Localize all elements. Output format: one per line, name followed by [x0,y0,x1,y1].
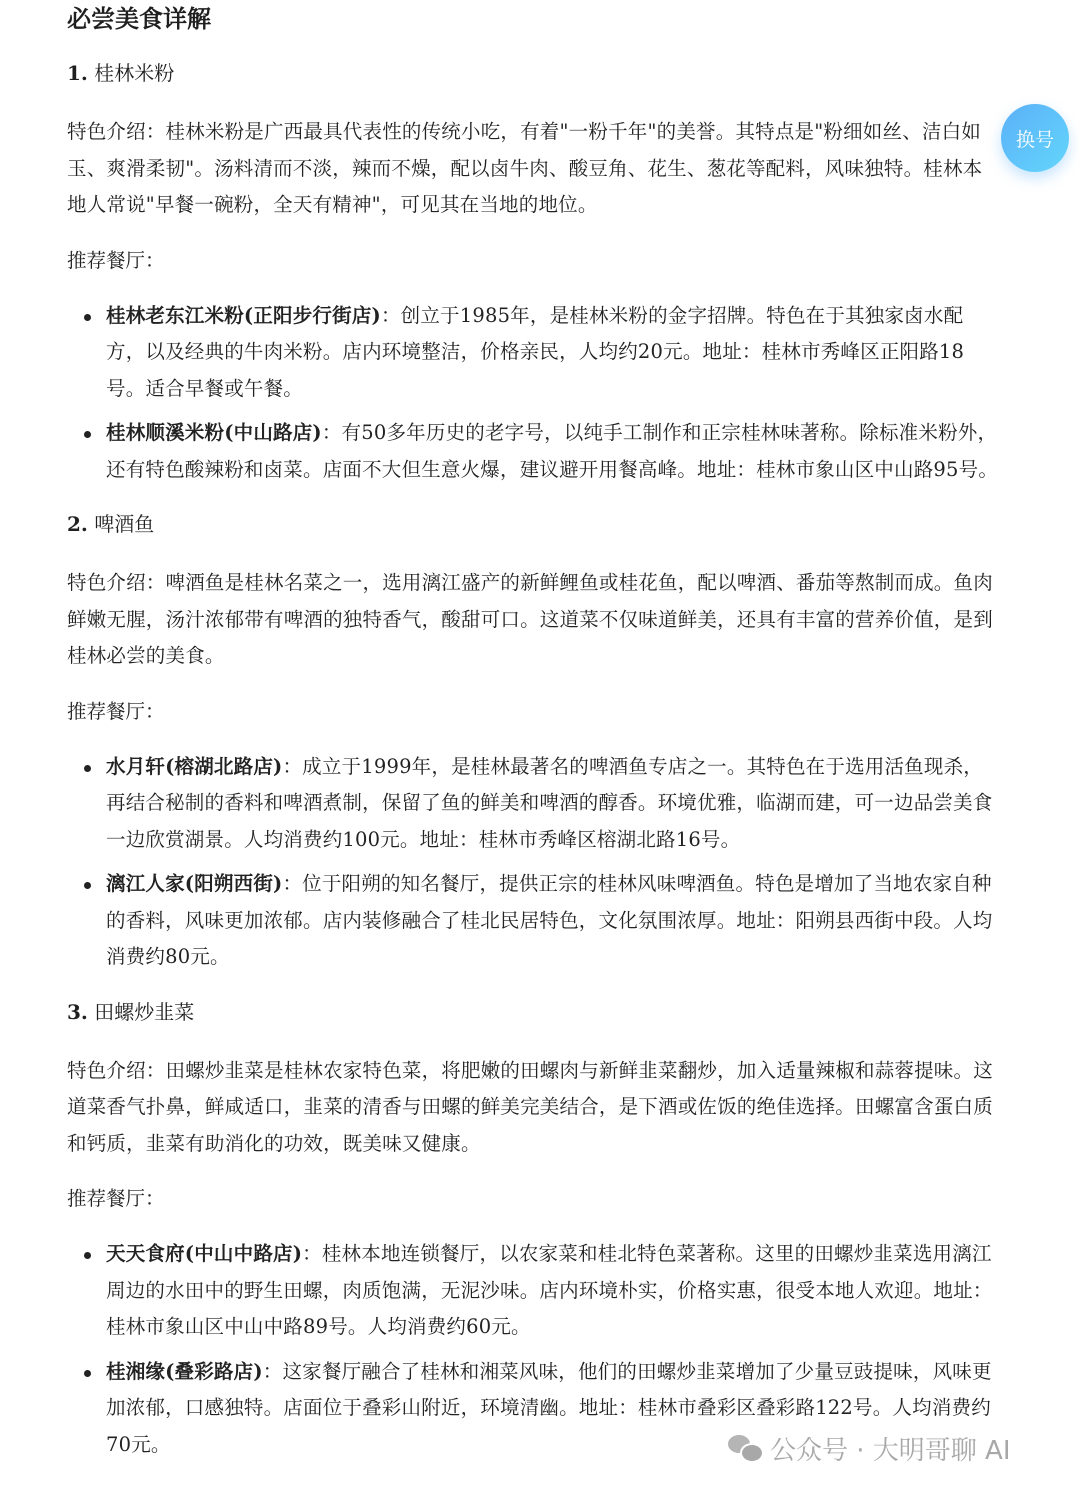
restaurant-name: 天天食府(中山中路店) [106,1242,302,1265]
section-name: 田螺炒韭菜 [94,1000,194,1024]
bullet-icon [84,765,91,772]
bullet-icon [84,314,91,321]
restaurant-list: 桂林老东江米粉(正阳步行街店)：创立于1985年，是桂林米粉的金字招牌。特色在于… [67,298,1002,489]
bullet-icon [84,882,91,889]
list-item: 桂林顺溪米粉(中山路店)：有50多年历史的老字号，以纯手工制作和正宗桂林味著称。… [67,415,1002,488]
section-heading: 1. 桂林米粉 [67,58,1002,88]
section-name: 啤酒鱼 [94,512,154,536]
bullet-icon [84,431,91,438]
section-number: 3. [67,1000,88,1024]
list-item: 水月轩(榕湖北路店)：成立于1999年，是桂林最著名的啤酒鱼专店之一。其特色在于… [67,749,1002,859]
restaurant-name: 桂林老东江米粉(正阳步行街店) [106,304,381,327]
bullet-icon [84,1252,91,1259]
restaurant-list: 水月轩(榕湖北路店)：成立于1999年，是桂林最著名的啤酒鱼专店之一。其特色在于… [67,749,1002,976]
wechat-icon [728,1433,764,1463]
restaurant-name: 水月轩(榕湖北路店) [106,755,282,778]
section-heading: 3. 田螺炒韭菜 [67,997,1002,1027]
section-name: 桂林米粉 [94,61,174,85]
watermark-text: 公众号 · 大明哥聊 AI [770,1430,1011,1467]
restaurant-name: 漓江人家(阳朔西街) [106,872,282,895]
feature-intro: 特色介绍：啤酒鱼是桂林名菜之一，选用漓江盛产的新鲜鲤鱼或桂花鱼，配以啤酒、番茄等… [67,565,1002,675]
section-number: 2. [67,512,88,536]
list-item: 天天食府(中山中路店)：桂林本地连锁餐厅，以农家菜和桂北特色菜著称。这里的田螺炒… [67,1236,1002,1346]
watermark: 公众号 · 大明哥聊 AI [728,1430,1011,1466]
recommended-label: 推荐餐厅： [67,1184,1002,1214]
section-snail-leek: 3. 田螺炒韭菜 特色介绍：田螺炒韭菜是桂林农家特色菜，将肥嫩的田螺肉与新鲜韭菜… [67,997,1002,1464]
feature-intro: 特色介绍：田螺炒韭菜是桂林农家特色菜，将肥嫩的田螺肉与新鲜韭菜翻炒，加入适量辣椒… [67,1053,1002,1163]
list-item: 漓江人家(阳朔西街)：位于阳朔的知名餐厅，提供正宗的桂林风味啤酒鱼。特色是增加了… [67,866,1002,976]
feature-intro: 特色介绍：桂林米粉是广西最具代表性的传统小吃，有着"一粉千年"的美誉。其特点是"… [67,114,1002,224]
article: 必尝美食详解 1. 桂林米粉 特色介绍：桂林米粉是广西最具代表性的传统小吃，有着… [67,0,1002,1471]
switch-account-button[interactable]: 换号 [1001,104,1069,172]
bullet-icon [84,1370,91,1377]
section-heading: 2. 啤酒鱼 [67,509,1002,539]
recommended-label: 推荐餐厅： [67,246,1002,276]
page-title: 必尝美食详解 [67,0,1002,37]
recommended-label: 推荐餐厅： [67,697,1002,727]
section-guilin-rice-noodles: 1. 桂林米粉 特色介绍：桂林米粉是广西最具代表性的传统小吃，有着"一粉千年"的… [67,58,1002,488]
restaurant-name: 桂湘缘(叠彩路店) [106,1360,263,1383]
section-number: 1. [67,61,88,85]
section-beer-fish: 2. 啤酒鱼 特色介绍：啤酒鱼是桂林名菜之一，选用漓江盛产的新鲜鲤鱼或桂花鱼，配… [67,509,1002,976]
restaurant-name: 桂林顺溪米粉(中山路店) [106,421,322,444]
list-item: 桂林老东江米粉(正阳步行街店)：创立于1985年，是桂林米粉的金字招牌。特色在于… [67,298,1002,408]
